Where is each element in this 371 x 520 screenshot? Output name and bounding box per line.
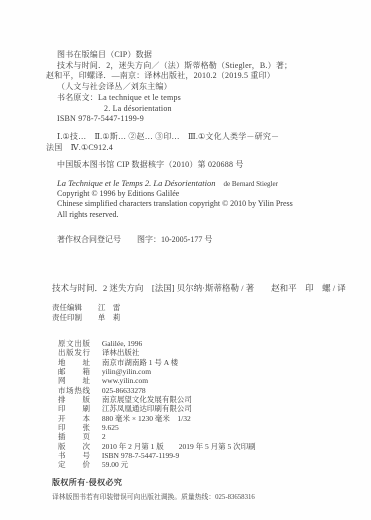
pubinfo-row: 原文出版 Galilée, 1996: [58, 339, 347, 348]
pubinfo-label: 插页: [58, 432, 90, 441]
pubinfo-value: 025-86633278: [92, 386, 146, 395]
pubinfo-label: 地址: [58, 358, 90, 367]
pubinfo-value: yilin@yilin.com: [92, 367, 151, 376]
pubinfo-label: 邮箱: [58, 367, 90, 376]
pubinfo-label: 书号: [58, 451, 90, 460]
pubinfo-row: 开本 880 毫米 × 1230 毫米 1/32: [58, 414, 347, 423]
pubinfo-label: 网址: [58, 376, 90, 385]
editor-row: 责任印制 单 莉: [52, 313, 347, 323]
pubinfo-row: 网址 www.yilin.com: [58, 376, 347, 385]
pubinfo-label: 出版发行: [58, 348, 90, 357]
cip-classification-line2: 法国 Ⅳ.①C912.4: [46, 143, 347, 154]
rights-reserved: All rights reserved.: [57, 210, 347, 220]
editors-block: 责任编辑 江 雷 责任印制 单 莉: [52, 303, 347, 323]
pubinfo-row: 插页 2: [58, 432, 347, 441]
pubinfo-label: 定价: [58, 460, 90, 469]
editor-label: 责任编辑: [52, 303, 82, 313]
publication-info-table: 原文出版 Galilée, 1996 出版发行 译林出版社 地址 南京市湖南路 …: [58, 339, 347, 470]
pubinfo-value: 9.625: [92, 423, 119, 432]
pubinfo-value: 59.00 元: [92, 460, 128, 469]
quality-hotline-line: 译林版图书若有印装错误可向出版社调换。质量热线：025-83658316: [52, 491, 347, 501]
editor-value: 江 雷: [84, 303, 121, 312]
pubinfo-value: ISBN 978-7-5447-1199-9: [92, 451, 179, 460]
pubinfo-label: 开本: [58, 414, 90, 423]
cip-series-line: （人文与社会译丛／刘东主编）: [46, 82, 347, 93]
pubinfo-row: 书号 ISBN 978-7-5447-1199-9: [58, 451, 347, 460]
pubinfo-row: 排版 南京展望文化发展有限公司: [58, 395, 347, 404]
pubinfo-row: 印张 9.625: [58, 423, 347, 432]
cip-block: 图书在版编目（CIP）数据 技术与时间．2，迷失方向／（法）斯蒂格勒（Stieg…: [46, 50, 347, 171]
footer-block: 版权所有·侵权必究 译林版图书若有印装错误可向出版社调换。质量热线：025-83…: [52, 477, 347, 501]
original-title: La Technique et le Temps 2. La Désorient…: [57, 178, 216, 188]
cip-isbn-line: ISBN 978-7-5447-1199-9: [46, 114, 347, 125]
pubinfo-value: 2: [92, 432, 106, 441]
editor-row: 责任编辑 江 雷: [52, 303, 347, 313]
pubinfo-value: 南京展望文化发展有限公司: [92, 395, 192, 404]
cip-classification-line1: Ⅰ.①技… Ⅱ.①斯… ②赵… ③印… Ⅲ.①文化人类学－研究－: [46, 132, 347, 143]
copyright-notice-translation: Chinese simplified characters translatio…: [57, 199, 347, 209]
pubinfo-value: 2010 年 2 月第 1 版 2019 年 5 月第 5 次印刷: [92, 442, 256, 451]
colophon-page: 图书在版编目（CIP）数据 技术与时间．2，迷失方向／（法）斯蒂格勒（Stieg…: [0, 0, 371, 520]
pubinfo-label: 印张: [58, 423, 90, 432]
pubinfo-label: 印刷: [58, 404, 90, 413]
copyright-notice-original: Copyright © 1996 by Editions Galilée: [57, 189, 347, 199]
cip-original-subtitle-line: 2. La désorientation: [46, 104, 347, 115]
pubinfo-row: 地址 南京市湖南路 1 号 A 楼: [58, 358, 347, 367]
copyright-block: La Technique et le Temps 2. La Désorient…: [57, 178, 347, 220]
registration-number: 著作权合同登记号 图字：10-2005-177 号: [57, 234, 347, 245]
pubinfo-label: 版次: [58, 442, 90, 451]
cip-record-number-line: 中国版本图书馆 CIP 数据核字（2010）第 020688 号: [46, 160, 347, 171]
editor-label: 责任印制: [52, 313, 82, 323]
pubinfo-value: 南京市湖南路 1 号 A 楼: [92, 358, 178, 367]
pubinfo-label: 市场热线: [58, 386, 90, 395]
cip-imprint-line: 赵和平，印螺译．—南京：译林出版社，2010.2（2019.5 重印）: [46, 71, 347, 82]
original-author-credit: de Bernard Stiegler: [218, 180, 278, 188]
pubinfo-value: 译林出版社: [92, 348, 140, 357]
pubinfo-row: 市场热线 025-86633278: [58, 386, 347, 395]
pubinfo-row: 版次 2010 年 2 月第 1 版 2019 年 5 月第 5 次印刷: [58, 442, 347, 451]
pubinfo-row: 邮箱 yilin@yilin.com: [58, 367, 347, 376]
original-title-line: La Technique et le Temps 2. La Désorient…: [57, 178, 347, 189]
pubinfo-row: 定价 59.00 元: [58, 460, 347, 469]
all-rights-reserved-line: 版权所有·侵权必究: [52, 477, 347, 488]
cip-title-line: 技术与时间．2，迷失方向／（法）斯蒂格勒（Stiegler，B.）著；: [46, 61, 347, 72]
pubinfo-value: Galilée, 1996: [92, 339, 142, 348]
pubinfo-value: 880 毫米 × 1230 毫米 1/32: [92, 414, 191, 423]
pubinfo-row: 印刷 江苏凤凰通达印刷有限公司: [58, 404, 347, 413]
pubinfo-value: 江苏凤凰通达印刷有限公司: [92, 404, 192, 413]
book-title-line: 技术与时间．2 迷失方向 [法国] 贝尔纳·斯蒂格勒 / 著 赵和平 印 螺 /…: [52, 282, 347, 294]
pubinfo-label: 原文出版: [58, 339, 90, 348]
pubinfo-row: 出版发行 译林出版社: [58, 348, 347, 357]
pubinfo-value: www.yilin.com: [92, 376, 148, 385]
cip-original-title-line: 书名原文：La technique et le temps: [46, 93, 347, 104]
pubinfo-label: 排版: [58, 395, 90, 404]
editor-value: 单 莉: [84, 313, 121, 322]
cip-heading: 图书在版编目（CIP）数据: [46, 50, 347, 61]
